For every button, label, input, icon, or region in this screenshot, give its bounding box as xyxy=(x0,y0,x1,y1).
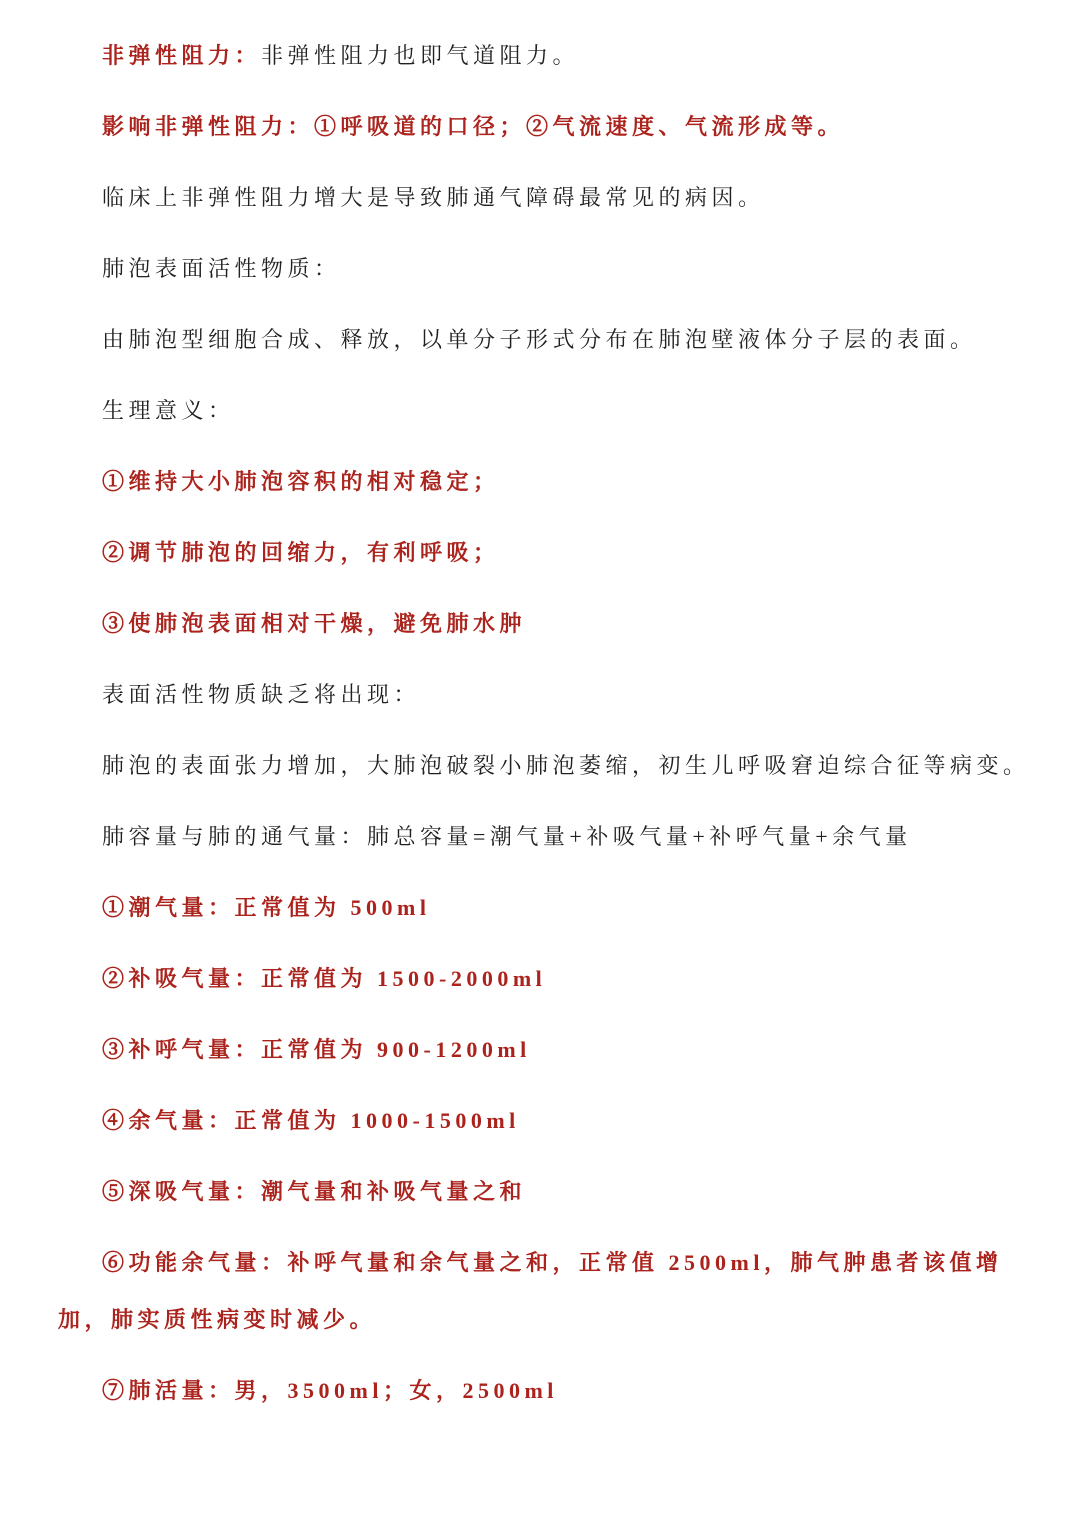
paragraph-significance-item-1: ①维持大小肺泡容积的相对稳定； xyxy=(58,453,1038,510)
paragraph-text: 非弹性阻力也即气道阻力。 xyxy=(261,43,579,68)
paragraph-inspiratory-reserve-volume: ②补吸气量：正常值为 1500-2000ml xyxy=(58,950,1038,1007)
paragraph-physiological-significance-heading: 生理意义： xyxy=(58,382,1038,439)
paragraph-residual-volume: ④余气量：正常值为 1000-1500ml xyxy=(58,1092,1038,1149)
paragraph-significance-item-2: ②调节肺泡的回缩力，有利呼吸； xyxy=(58,524,1038,581)
term-label: 非弹性阻力： xyxy=(102,43,261,68)
paragraph-inspiratory-capacity: ⑤深吸气量：潮气量和补吸气量之和 xyxy=(58,1163,1038,1220)
document-page: 非弹性阻力：非弹性阻力也即气道阻力。 影响非弹性阻力：①呼吸道的口径；②气流速度… xyxy=(0,0,1080,1528)
paragraph-surfactant-origin: 由肺泡型细胞合成、释放，以单分子形式分布在肺泡壁液体分子层的表面。 xyxy=(58,311,1038,368)
paragraph-tidal-volume: ①潮气量：正常值为 500ml xyxy=(58,879,1038,936)
paragraph-vital-capacity: ⑦肺活量：男，3500ml；女，2500ml xyxy=(58,1362,1038,1419)
paragraph-surfactant-deficiency-effects: 肺泡的表面张力增加，大肺泡破裂小肺泡萎缩，初生儿呼吸窘迫综合征等病变。 xyxy=(58,737,1038,794)
paragraph-surfactant-deficiency-heading: 表面活性物质缺乏将出现： xyxy=(58,666,1038,723)
paragraph-clinical-note: 临床上非弹性阻力增大是导致肺通气障碍最常见的病因。 xyxy=(58,169,1038,226)
paragraph-expiratory-reserve-volume: ③补呼气量：正常值为 900-1200ml xyxy=(58,1021,1038,1078)
paragraph-functional-residual-capacity: ⑥功能余气量：补呼气量和余气量之和，正常值 2500ml，肺气肿患者该值增加，肺… xyxy=(58,1234,1038,1348)
paragraph-factors-affecting-resistance: 影响非弹性阻力：①呼吸道的口径；②气流速度、气流形成等。 xyxy=(58,98,1038,155)
paragraph-surfactant-heading: 肺泡表面活性物质： xyxy=(58,240,1038,297)
paragraph-nonelastic-resistance: 非弹性阻力：非弹性阻力也即气道阻力。 xyxy=(58,27,1038,84)
paragraph-lung-volume-formula: 肺容量与肺的通气量：肺总容量=潮气量+补吸气量+补呼气量+余气量 xyxy=(58,808,1038,865)
paragraph-significance-item-3: ③使肺泡表面相对干燥，避免肺水肿 xyxy=(58,595,1038,652)
